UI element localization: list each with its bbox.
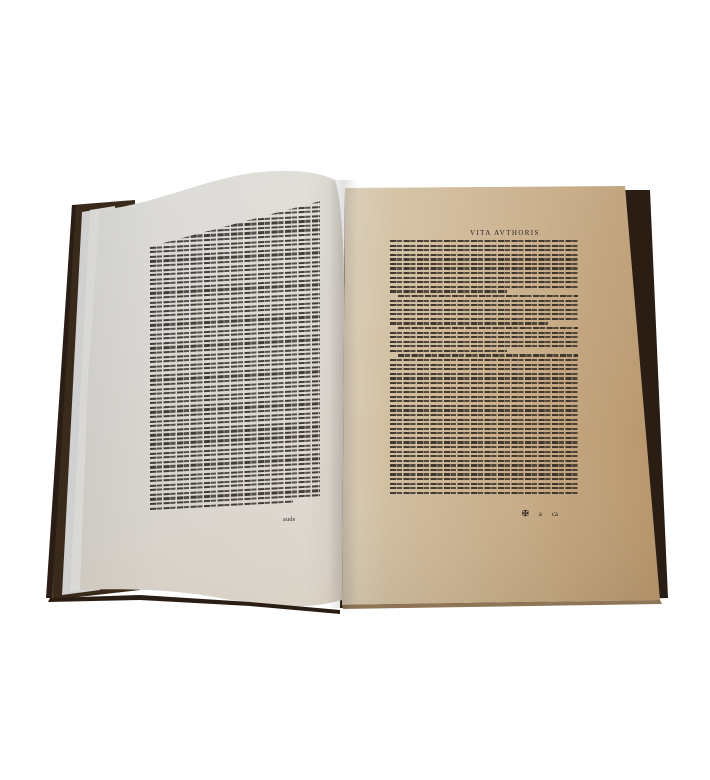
- cross-ornament-icon: ✠: [522, 509, 529, 518]
- signature-mark: a: [539, 510, 542, 518]
- right-page-footer: ✠ a ca: [522, 509, 558, 518]
- open-book-illustration: [0, 0, 710, 780]
- book-photo-scene: aude VITA AVTHORIS ✠ a ca: [0, 0, 710, 780]
- right-page-text: [390, 240, 578, 502]
- right-catchword: ca: [552, 510, 558, 518]
- running-head: VITA AVTHORIS: [470, 229, 540, 237]
- left-page-text: [150, 201, 320, 515]
- left-catchword: aude: [283, 517, 296, 523]
